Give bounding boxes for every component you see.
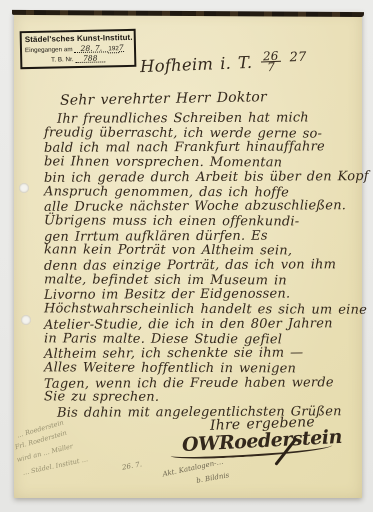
pencil-note: 26. 7.	[121, 460, 142, 471]
punch-hole	[21, 315, 31, 325]
letter-paper: Städel'sches Kunst-Institut. Eingegangen…	[14, 12, 362, 498]
punch-hole	[19, 183, 29, 193]
pencil-note: b. Bildnis	[196, 471, 230, 485]
stamp-year-printed: 192	[108, 45, 119, 53]
signature: OWRoederstein	[182, 426, 343, 456]
dateline-date-fraction: 267	[261, 51, 281, 73]
stamp-institution: Städel'sches Kunst-Institut.	[25, 33, 131, 44]
stamp-number-line: T. B. Nr. 788	[25, 55, 131, 64]
scanned-letter: Städel'sches Kunst-Institut. Eingegangen…	[0, 0, 373, 512]
stamp-date-value: 28. 7.	[74, 45, 108, 53]
dateline-year: 27	[289, 50, 307, 66]
letter-dateline: Hofheim i. T. 267 27	[140, 48, 357, 77]
stamp-date-line: Eingegangen am 28. 7.1927	[25, 44, 131, 54]
handwriting-line: Übrigens muss ich einen offenkundi-	[44, 214, 356, 230]
dateline-place: Hofheim i. T.	[140, 53, 253, 76]
stamp-number-value: 788	[75, 55, 105, 63]
stamp-date-label: Eingegangen am	[25, 46, 73, 54]
torn-top-edge	[12, 10, 364, 17]
stamp-year-written: 7	[119, 45, 124, 52]
letter-body: Ihr freundliches Schreiben hat mich freu…	[44, 112, 356, 421]
stamp-number-label: T. B. Nr.	[51, 56, 74, 63]
salutation: Sehr verehrter Herr Doktor	[60, 89, 267, 109]
receipt-stamp: Städel'sches Kunst-Institut. Eingegangen…	[20, 29, 137, 69]
